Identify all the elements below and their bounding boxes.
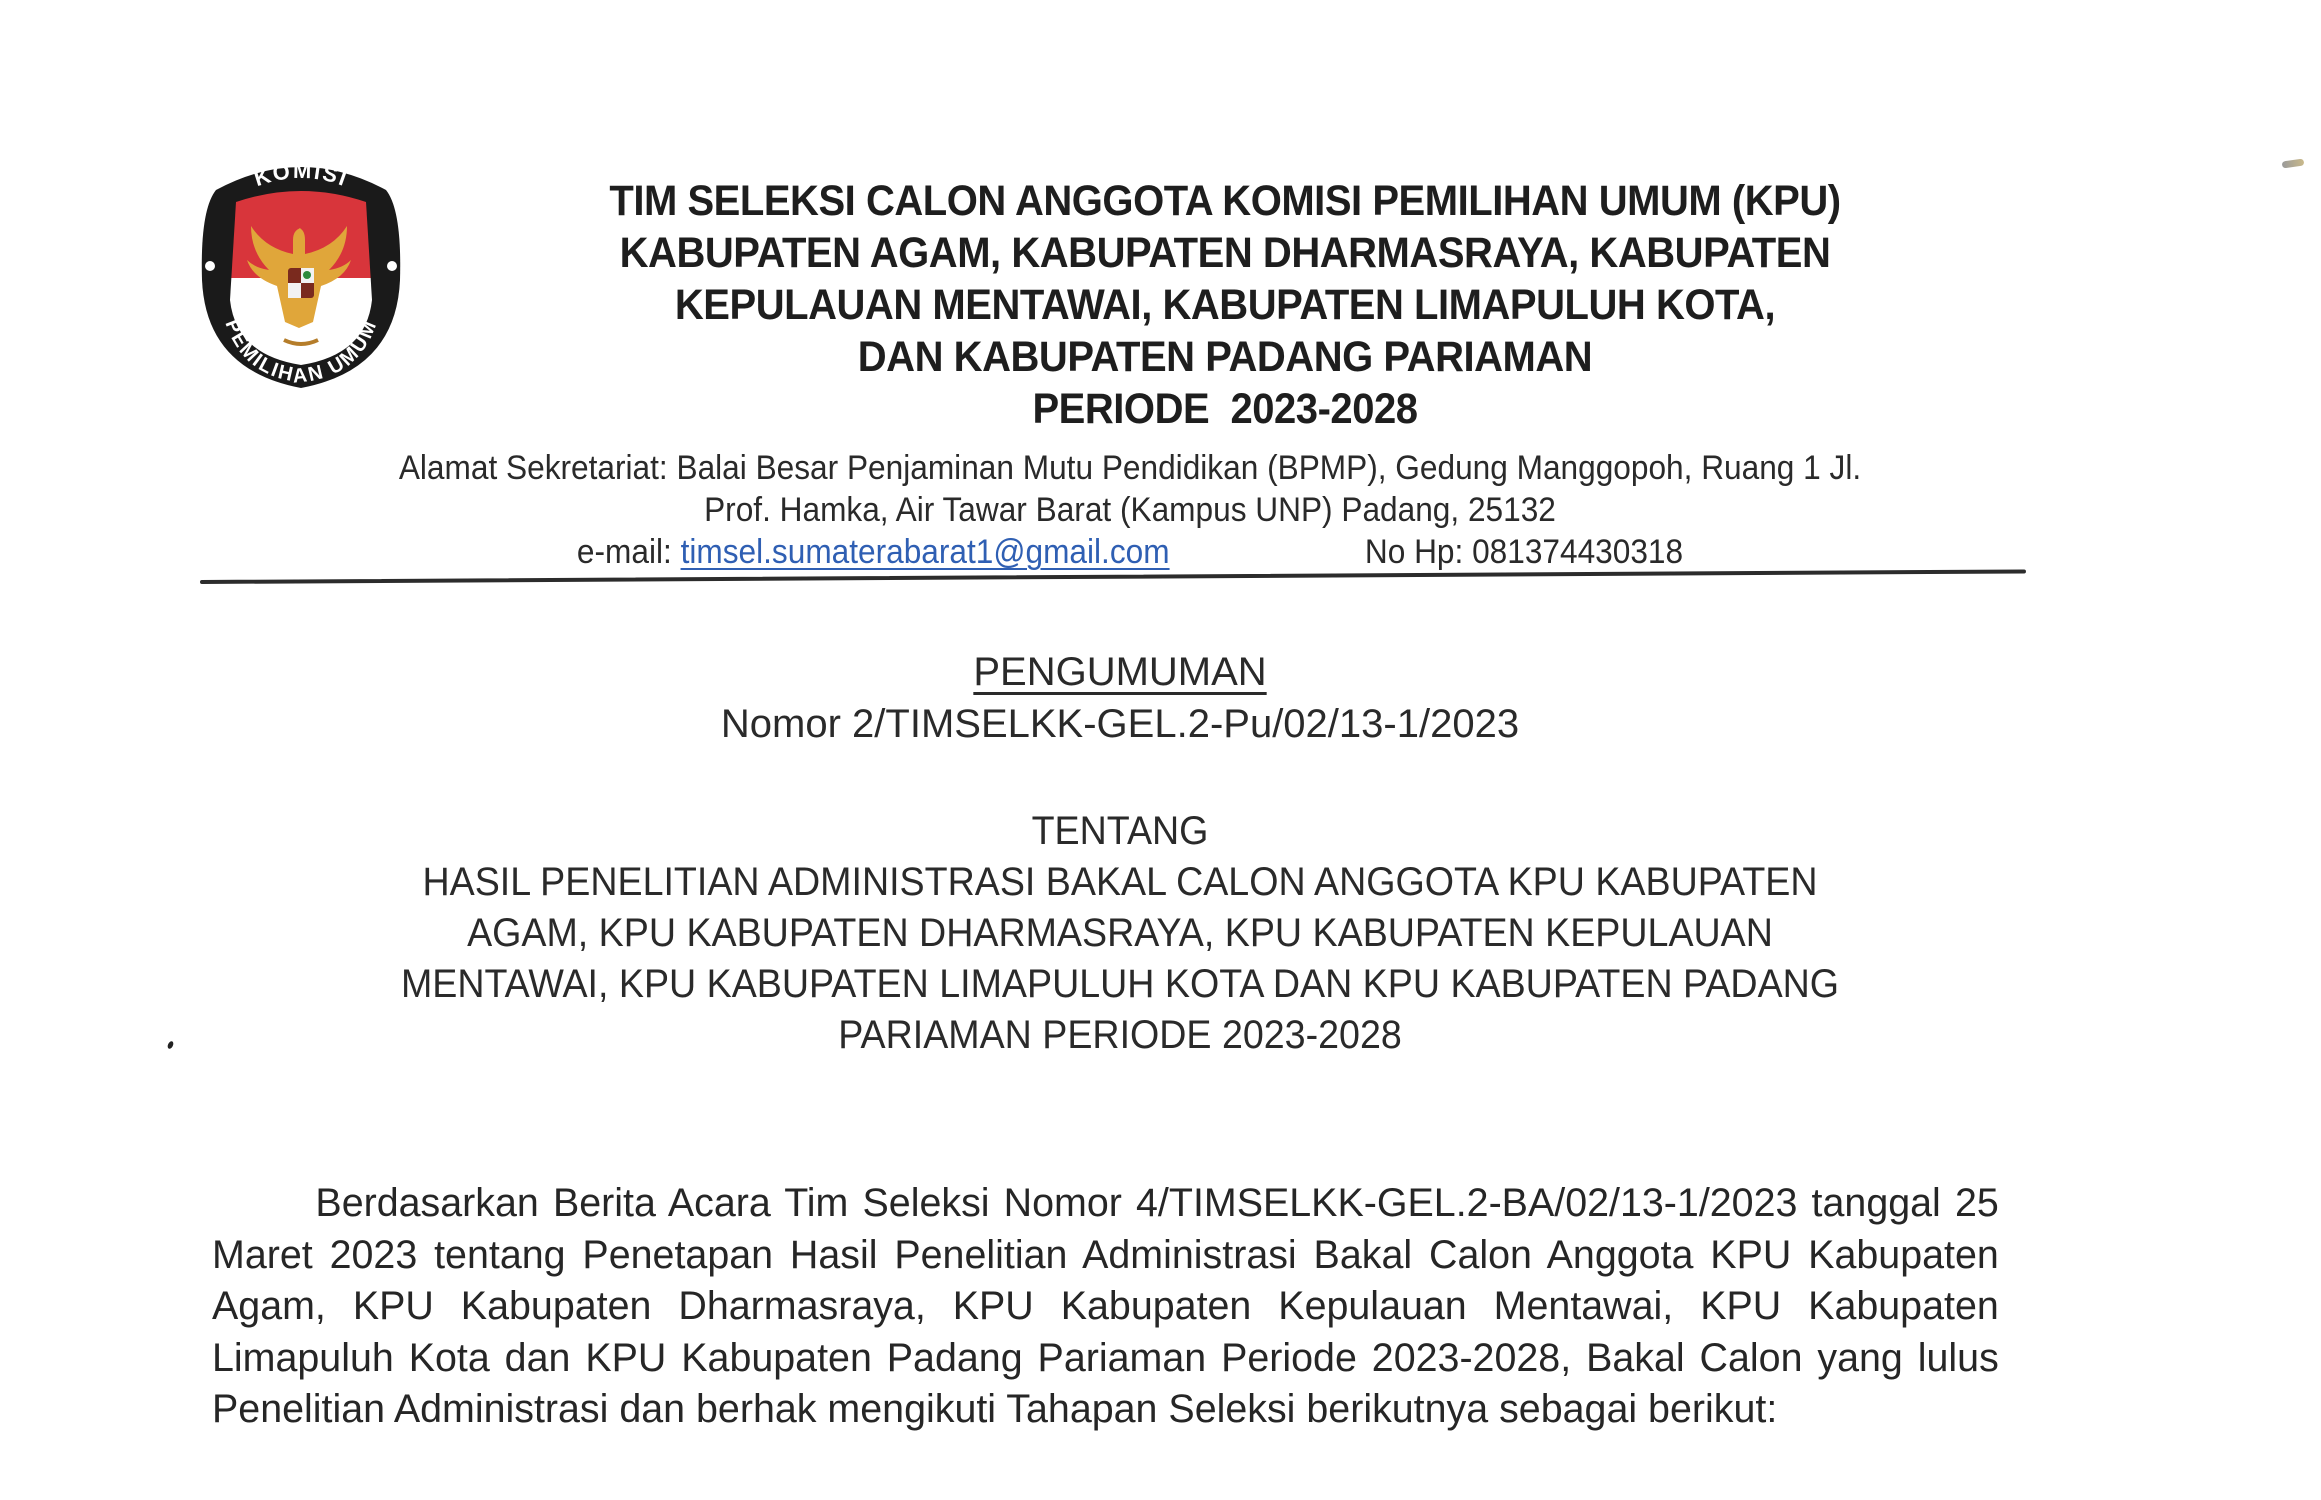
letterhead-title-line: KABUPATEN AGAM, KABUPATEN DHARMASRAYA, K… <box>523 227 1927 279</box>
subject-line: HASIL PENELITIAN ADMINISTRASI BAKAL CALO… <box>274 857 1966 908</box>
phone-number: No Hp: 081374430318 <box>1365 533 1683 571</box>
subject-line: PARIAMAN PERIODE 2023-2028 <box>274 1010 1966 1061</box>
contact-row: e-mail: timsel.sumaterabarat1@gmail.comN… <box>284 531 1977 573</box>
email-link[interactable]: timsel.sumaterabarat1@gmail.com <box>681 533 1170 571</box>
subject-line: AGAM, KPU KABUPATEN DHARMASRAYA, KPU KAB… <box>274 908 1966 959</box>
letterhead-period: PERIODE 2023-2028 <box>523 383 1927 435</box>
address-line: Alamat Sekretariat: Balai Besar Penjamin… <box>284 447 1977 489</box>
body-paragraph-text: Berdasarkan Berita Acara Tim Seleksi Nom… <box>212 1181 1999 1431</box>
letterhead-title-line: KEPULAUAN MENTAWAI, KABUPATEN LIMAPULUH … <box>523 279 1927 331</box>
announcement-title: PENGUMUMAN <box>420 648 1820 696</box>
scan-speck <box>2282 159 2305 169</box>
address-line: Prof. Hamka, Air Tawar Barat (Kampus UNP… <box>284 489 1977 531</box>
document-page: KOMISI PEMILIHAN UMUM TIM SELEKSI CALON … <box>0 0 2321 1500</box>
letterhead-title-line: DAN KABUPATEN PADANG PARIAMAN <box>523 331 1927 383</box>
subject-line: MENTAWAI, KPU KABUPATEN LIMAPULUH KOTA D… <box>274 959 1966 1010</box>
letterhead-title: TIM SELEKSI CALON ANGGOTA KOMISI PEMILIH… <box>523 175 1927 435</box>
email-label: e-mail: <box>577 533 681 571</box>
announcement-number: Nomor 2/TIMSELKK-GEL.2-Pu/02/13-1/2023 <box>420 700 1820 748</box>
kpu-logo-icon: KOMISI PEMILIHAN UMUM <box>196 150 406 390</box>
announcement-subject: TENTANG HASIL PENELITIAN ADMINISTRASI BA… <box>274 806 1966 1061</box>
letterhead-title-line: TIM SELEKSI CALON ANGGOTA KOMISI PEMILIH… <box>523 175 1927 227</box>
body-paragraph: Berdasarkan Berita Acara Tim Seleksi Nom… <box>212 1178 1999 1436</box>
announcement-title-text: PENGUMUMAN <box>973 650 1266 694</box>
subject-label: TENTANG <box>274 806 1966 857</box>
secretariat-address: Alamat Sekretariat: Balai Besar Penjamin… <box>284 447 1977 573</box>
scan-dot <box>167 1040 175 1049</box>
